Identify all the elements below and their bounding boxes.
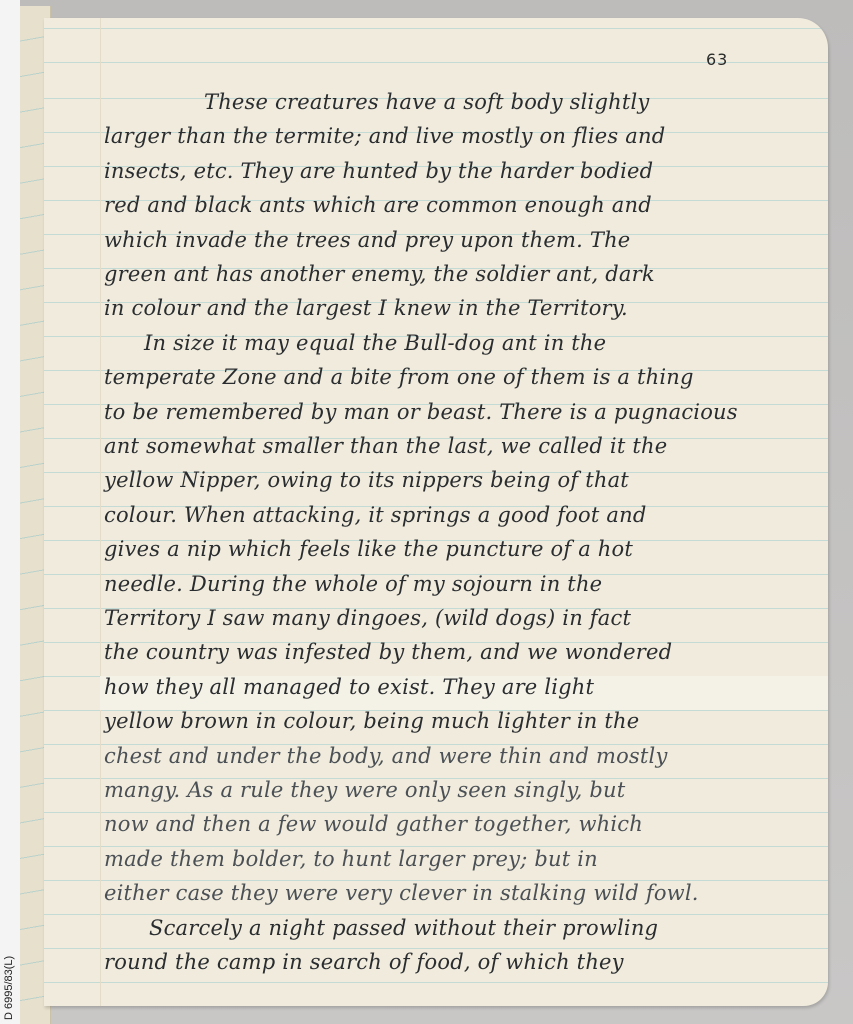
text-line: how they all managed to exist. They are … xyxy=(104,673,814,701)
text-line: the country was infested by them, and we… xyxy=(104,638,814,666)
text-line: to be remembered by man or beast. There … xyxy=(104,398,814,426)
text-line: yellow brown in colour, being much light… xyxy=(104,707,814,735)
text-line: Scarcely a night passed without their pr… xyxy=(104,914,853,942)
text-line: red and black ants which are common enou… xyxy=(104,191,814,219)
text-line: round the camp in search of food, of whi… xyxy=(104,948,814,976)
text-line: now and then a few would gather together… xyxy=(104,810,814,838)
text-line: yellow Nipper, owing to its nippers bein… xyxy=(104,466,814,494)
text-line: ant somewhat smaller than the last, we c… xyxy=(104,432,814,460)
text-line: in colour and the largest I knew in the … xyxy=(104,294,814,322)
text-line: gives a nip which feels like the punctur… xyxy=(104,535,814,563)
text-line: larger than the termite; and live mostly… xyxy=(104,122,814,150)
text-line: Territory I saw many dingoes, (wild dogs… xyxy=(104,604,814,632)
text-line: mangy. As a rule they were only seen sin… xyxy=(104,776,814,804)
archive-margin: D 6995/83(L) xyxy=(0,0,20,1024)
text-line: temperate Zone and a bite from one of th… xyxy=(104,363,814,391)
text-line: In size it may equal the Bull-dog ant in… xyxy=(104,329,853,357)
text-line: made them bolder, to hunt larger prey; b… xyxy=(104,845,814,873)
page-margin-line xyxy=(100,18,101,1006)
call-number-label: D 6995/83(L) xyxy=(1,930,17,1020)
text-line: These creatures have a soft body slightl… xyxy=(104,88,853,116)
text-line: either case they were very clever in sta… xyxy=(104,879,814,907)
text-line: which invade the trees and prey upon the… xyxy=(104,226,814,254)
text-line: green ant has another enemy, the soldier… xyxy=(104,260,814,288)
page-number: 63 xyxy=(706,50,728,69)
text-line: insects, etc. They are hunted by the har… xyxy=(104,157,814,185)
text-line: colour. When attacking, it springs a goo… xyxy=(104,501,814,529)
text-line: chest and under the body, and were thin … xyxy=(104,742,814,770)
text-line: needle. During the whole of my sojourn i… xyxy=(104,570,814,598)
